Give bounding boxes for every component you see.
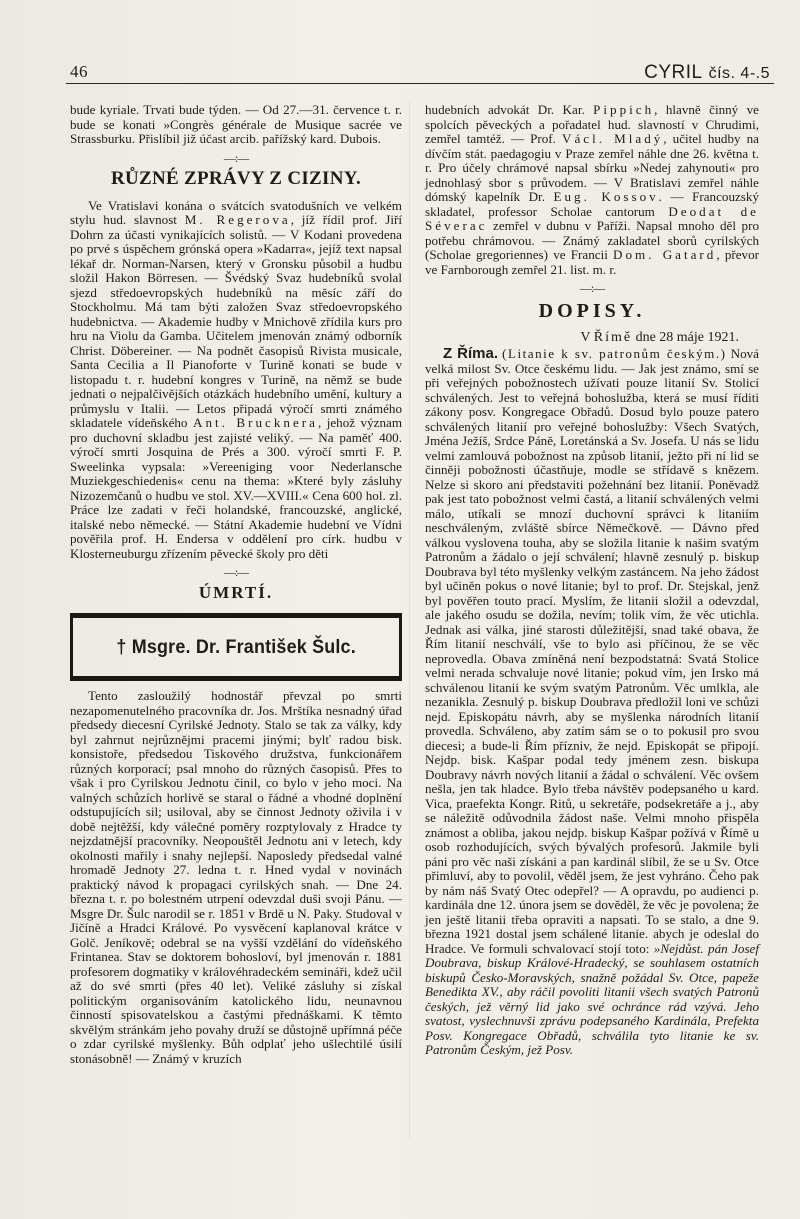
section-heading-foreign-news: RŮZNÉ ZPRÁVY Z CIZINY.	[70, 167, 402, 191]
person-name: Ant. Brucknera	[193, 415, 318, 430]
person-name: Eug. Kossov	[553, 189, 658, 204]
obituary-paragraph: Tento zasloužilý hodnostář převzal po sm…	[70, 689, 402, 1066]
decree-quote: »Nejdůst. pán Josef Doubrava, biskup Krá…	[425, 941, 759, 1058]
letter-title: Z Říma.	[443, 345, 498, 362]
text-run: Nová velká milost Sv. Otce českému lidu.…	[425, 346, 759, 956]
right-column: hudebních advokát Dr. Kar. Pippich, hlav…	[425, 103, 759, 1058]
separator: —:—	[70, 565, 402, 579]
issue-number: čís. 4-.5	[709, 65, 770, 82]
separator: —:—	[70, 151, 402, 165]
header-rule	[66, 83, 774, 84]
person-name: M. Regerova	[185, 212, 291, 227]
obituary-box: † Msgre. Dr. František Šulc.	[70, 613, 402, 681]
letter-paragraph: Z Říma. (Litanie k sv. patronům českým.)…	[425, 347, 759, 1058]
journal-page: 46 CYRILčís. 4-.5 bude kyriale. Trvati b…	[0, 0, 800, 1219]
continuation-paragraph: hudebních advokát Dr. Kar. Pippich, hlav…	[425, 103, 759, 277]
person-name: Václ. Mladý	[562, 131, 663, 146]
text-run: , jehož význam pro duchovní skladbu jest…	[70, 415, 402, 561]
journal-title: CYRILčís. 4-.5	[644, 62, 770, 84]
obituary-name: † Msgre. Dr. František Šulc.	[116, 640, 355, 655]
person-name: Dom. Gatard	[613, 247, 716, 262]
foreign-news-paragraph: Ve Vratislavi konána o svátcích svatoduš…	[70, 199, 402, 562]
text-run: hudebních advokát Dr. Kar.	[425, 102, 593, 117]
dateline: V Římě dne 28 máje 1921.	[425, 329, 739, 346]
intro-paragraph: bude kyriale. Trvati bude týden. — Od 27…	[70, 103, 402, 147]
person-name: Pippich	[593, 102, 654, 117]
separator: —:—	[425, 281, 759, 295]
page-number: 46	[70, 62, 88, 82]
column-divider	[409, 100, 410, 1140]
section-heading-letters: DOPISY.	[425, 299, 759, 323]
text-run: dne 28 máje 1921.	[632, 330, 739, 345]
text-run: V	[580, 330, 593, 345]
letter-subtitle: (Litanie k sv. patronům českým.)	[502, 346, 726, 361]
left-column: bude kyriale. Trvati bude týden. — Od 27…	[70, 103, 402, 1066]
dateline-city: Římě	[594, 330, 632, 345]
text-run: , jíž řídil prof. Jiří Dohrn za účasti v…	[70, 212, 402, 430]
journal-name: CYRIL	[644, 62, 702, 83]
section-heading-obituary: ÚMRTÍ.	[70, 581, 402, 605]
